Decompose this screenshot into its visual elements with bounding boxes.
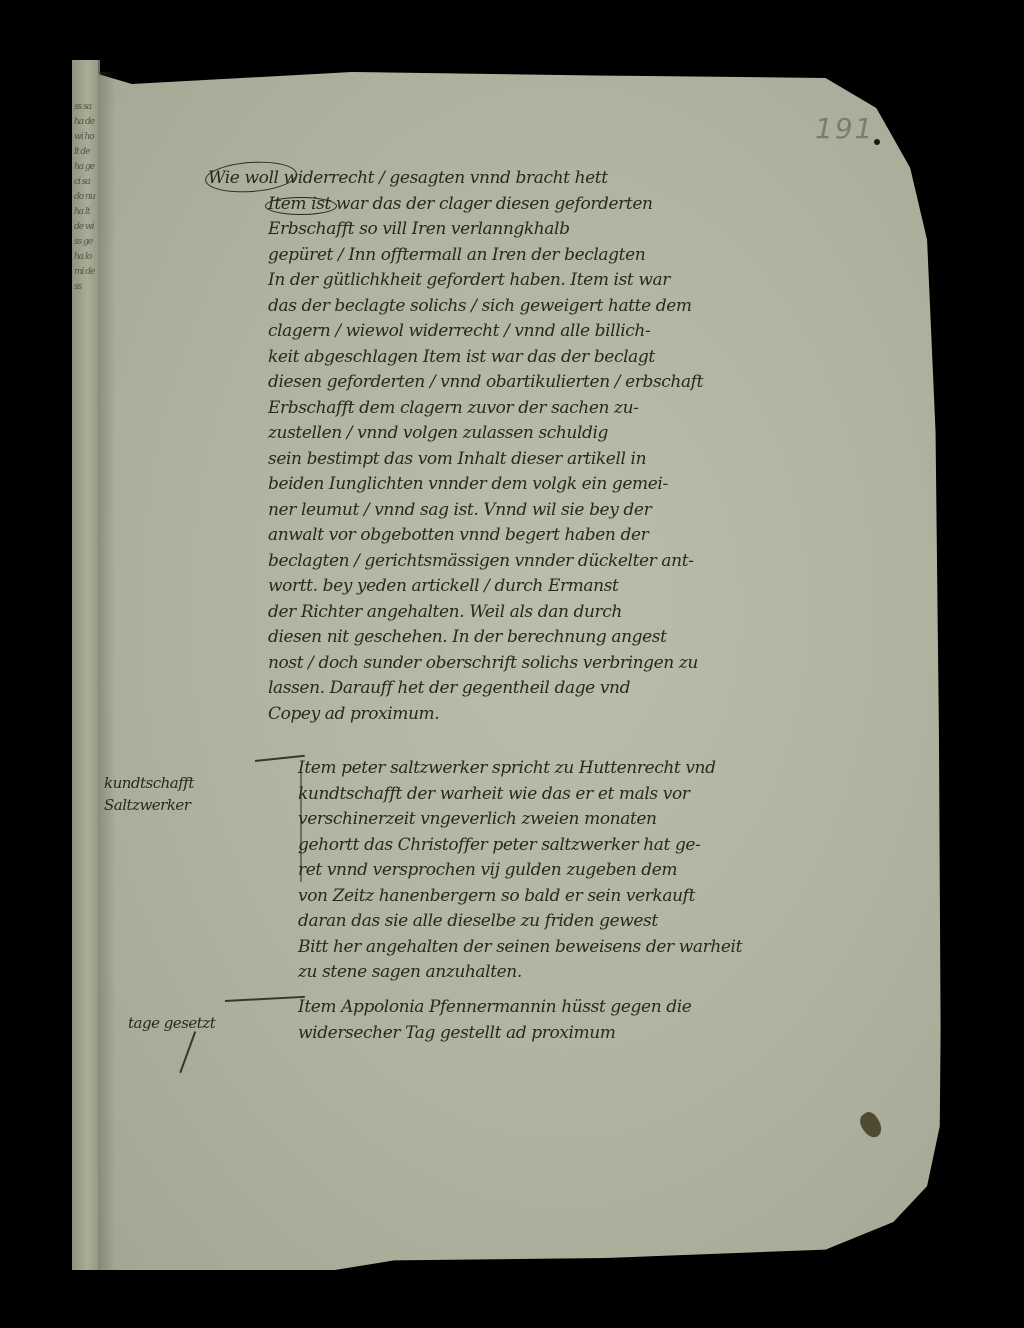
main-entry: Wie woll widerrecht / gesagten vnnd brac… [268, 166, 948, 727]
text-line: lassen. Darauff het der gegentheil dage … [268, 676, 948, 702]
folio-dot-mark [874, 139, 880, 145]
margin-note-line: tage gesetzt [128, 1012, 215, 1034]
marginal-note-kundtschafft: kundtschafft Saltzwerker [104, 772, 194, 816]
text-line: zustellen / vnnd volgen zulassen schuldi… [268, 421, 948, 447]
folio-number: 191 [815, 112, 874, 145]
text-line: beclagten / gerichtsmässigen vnnder dück… [268, 549, 948, 575]
gutter-shadow [98, 72, 116, 1270]
text-line: keit abgeschlagen Item ist war das der b… [268, 345, 948, 371]
text-line: sein bestimpt das vom Inhalt dieser arti… [268, 447, 948, 473]
margin-note-line: kundtschafft [104, 772, 194, 794]
text-line: In der gütlichkheit gefordert haben. Ite… [268, 268, 948, 294]
text-line: Item ist war das der clager diesen gefor… [268, 192, 948, 218]
text-line: gepüret / Inn offtermall an Iren der bec… [268, 243, 948, 269]
text-line: diesen nit geschehen. In der berechnung … [268, 625, 948, 651]
text-line: verschinerzeit vngeverlich zweien monate… [298, 807, 938, 833]
text-line: Item peter saltzwerker spricht zu Hutten… [298, 756, 938, 782]
text-line: widersecher Tag gestellt ad proximum [298, 1021, 938, 1047]
text-line: Wie woll widerrecht / gesagten vnnd brac… [208, 166, 948, 192]
margin-note-line: Saltzwerker [104, 794, 194, 816]
text-line: clagern / wiewol widerrecht / vnnd alle … [268, 319, 948, 345]
text-line: Item Appolonia Pfennermannin hüsst gegen… [298, 995, 938, 1021]
text-line: das der beclagte solichs / sich geweiger… [268, 294, 948, 320]
text-line: daran das sie alle dieselbe zu friden ge… [298, 909, 938, 935]
text-line: Erbschafft so vill Iren verlanngkhalb [268, 217, 948, 243]
text-line: gehortt das Christoffer peter saltzwerke… [298, 833, 938, 859]
text-line: der Richter angehalten. Weil als dan dur… [268, 600, 948, 626]
text-line: von Zeitz hanenbergern so bald er sein v… [298, 884, 938, 910]
text-line: beiden Iunglichten vnnder dem volgk ein … [268, 472, 948, 498]
text-line: zu stene sagen anzuhalten. [298, 960, 938, 986]
third-entry: Item Appolonia Pfennermannin hüsst gegen… [298, 995, 938, 1046]
adjacent-page-text: ss sa ha de wi ho lt de ha ge ci sa do n… [74, 100, 96, 1200]
text-line: diesen geforderten / vnnd obartikulierte… [268, 370, 948, 396]
text-line: ret vnnd versprochen vij gulden zugeben … [298, 858, 938, 884]
text-line: wortt. bey yeden artickell / durch Erman… [268, 574, 948, 600]
second-entry: Item peter saltzwerker spricht zu Hutten… [298, 756, 938, 986]
marginal-note-tage-gesetzt: tage gesetzt [128, 1012, 215, 1034]
adjacent-page-edge: ss sa ha de wi ho lt de ha ge ci sa do n… [72, 60, 100, 1270]
text-line: kundtschafft der warheit wie das er et m… [298, 782, 938, 808]
text-line: Bitt her angehalten der seinen beweisens… [298, 935, 938, 961]
text-line: anwalt vor obgebotten vnnd begert haben … [268, 523, 948, 549]
text-line: nost / doch sunder oberschrift solichs v… [268, 651, 948, 677]
text-line: Copey ad proximum. [268, 702, 948, 728]
text-line: Erbschafft dem clagern zuvor der sachen … [268, 396, 948, 422]
text-line: ner leumut / vnnd sag ist. Vnnd wil sie … [268, 498, 948, 524]
